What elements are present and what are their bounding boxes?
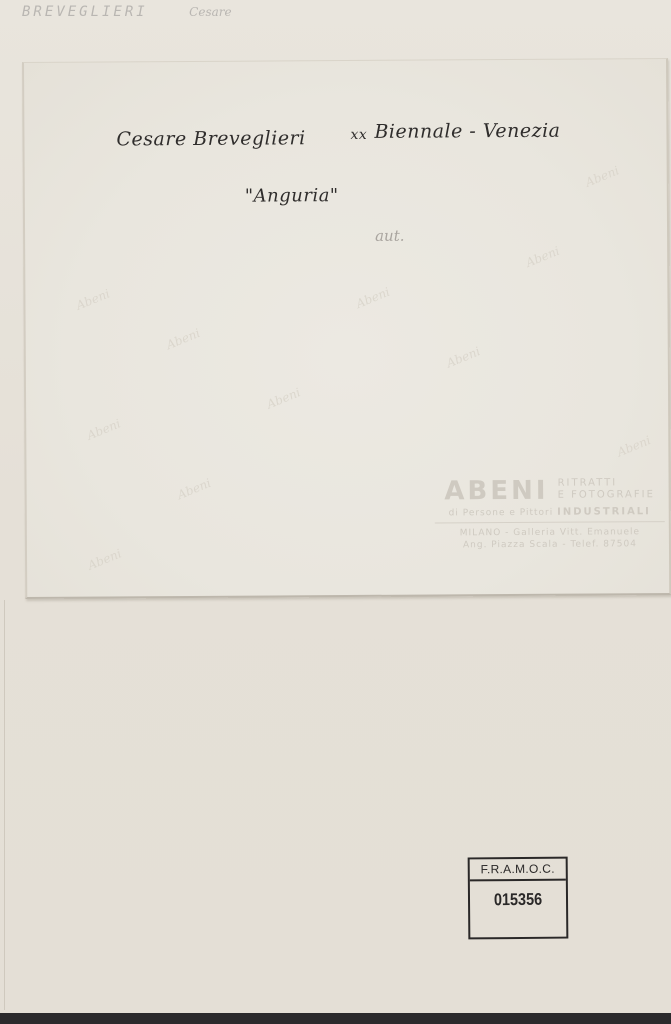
paper-watermark: Abeni bbox=[85, 416, 123, 442]
handwritten-mark: xx bbox=[350, 127, 367, 143]
handwritten-exhibition: Biennale - Venezia bbox=[374, 120, 560, 143]
paper-watermark: Abeni bbox=[524, 244, 562, 270]
paper-watermark: Abeni bbox=[615, 433, 653, 459]
studio-subline-emphasis: INDUSTRIALI bbox=[557, 506, 651, 518]
pencil-surname: BREVEGLIERI bbox=[22, 4, 148, 20]
handwritten-artwork-title: "Anguria" bbox=[245, 185, 339, 207]
mount-pencil-note: BREVEGLIERI Cesare bbox=[22, 4, 232, 20]
paper-watermark: Abeni bbox=[265, 385, 303, 411]
studio-tagline: RITRATTI E FOTOGRAFIE bbox=[558, 477, 655, 502]
mount-edge-divider bbox=[4, 600, 5, 1010]
mounting-board: BREVEGLIERI Cesare Abeni Abeni Abeni Abe… bbox=[0, 0, 671, 1013]
studio-tagline-2: E FOTOGRAFIE bbox=[558, 489, 655, 501]
archive-organization: F.R.A.M.O.C. bbox=[470, 859, 566, 882]
photograph-verso: Abeni Abeni Abeni Abeni Abeni Abeni Aben… bbox=[22, 58, 671, 599]
scanner-bed-edge bbox=[0, 1013, 671, 1024]
paper-watermark: Abeni bbox=[583, 163, 621, 189]
paper-watermark: Abeni bbox=[86, 546, 124, 572]
photographer-studio-stamp: ABENI RITRATTI E FOTOGRAFIE di Persone e… bbox=[435, 475, 665, 551]
paper-watermark: Abeni bbox=[354, 285, 392, 311]
studio-subline-prefix: di Persone e Pittori bbox=[449, 508, 554, 519]
paper-watermark: Abeni bbox=[164, 326, 202, 352]
studio-address: MILANO - Galleria Vitt. Emanuele Ang. Pi… bbox=[435, 526, 665, 551]
pencil-given-name: Cesare bbox=[189, 5, 231, 19]
pencil-authentication-note: aut. bbox=[375, 227, 405, 245]
studio-tagline-1: RITRATTI bbox=[558, 477, 618, 488]
studio-subline: di Persone e Pittori INDUSTRIALI bbox=[435, 506, 665, 523]
paper-watermark: Abeni bbox=[175, 476, 213, 502]
inventory-number: 015356 bbox=[477, 890, 559, 911]
archive-inventory-stamp: F.R.A.M.O.C. 015356 bbox=[468, 857, 569, 940]
paper-watermark: Abeni bbox=[444, 344, 482, 370]
handwritten-artist-name: Cesare Breveglieri bbox=[116, 127, 305, 150]
studio-address-line-2: Ang. Piazza Scala - Telef. 87504 bbox=[435, 538, 665, 551]
studio-name: ABENI bbox=[444, 476, 548, 507]
paper-watermark: Abeni bbox=[74, 286, 112, 312]
